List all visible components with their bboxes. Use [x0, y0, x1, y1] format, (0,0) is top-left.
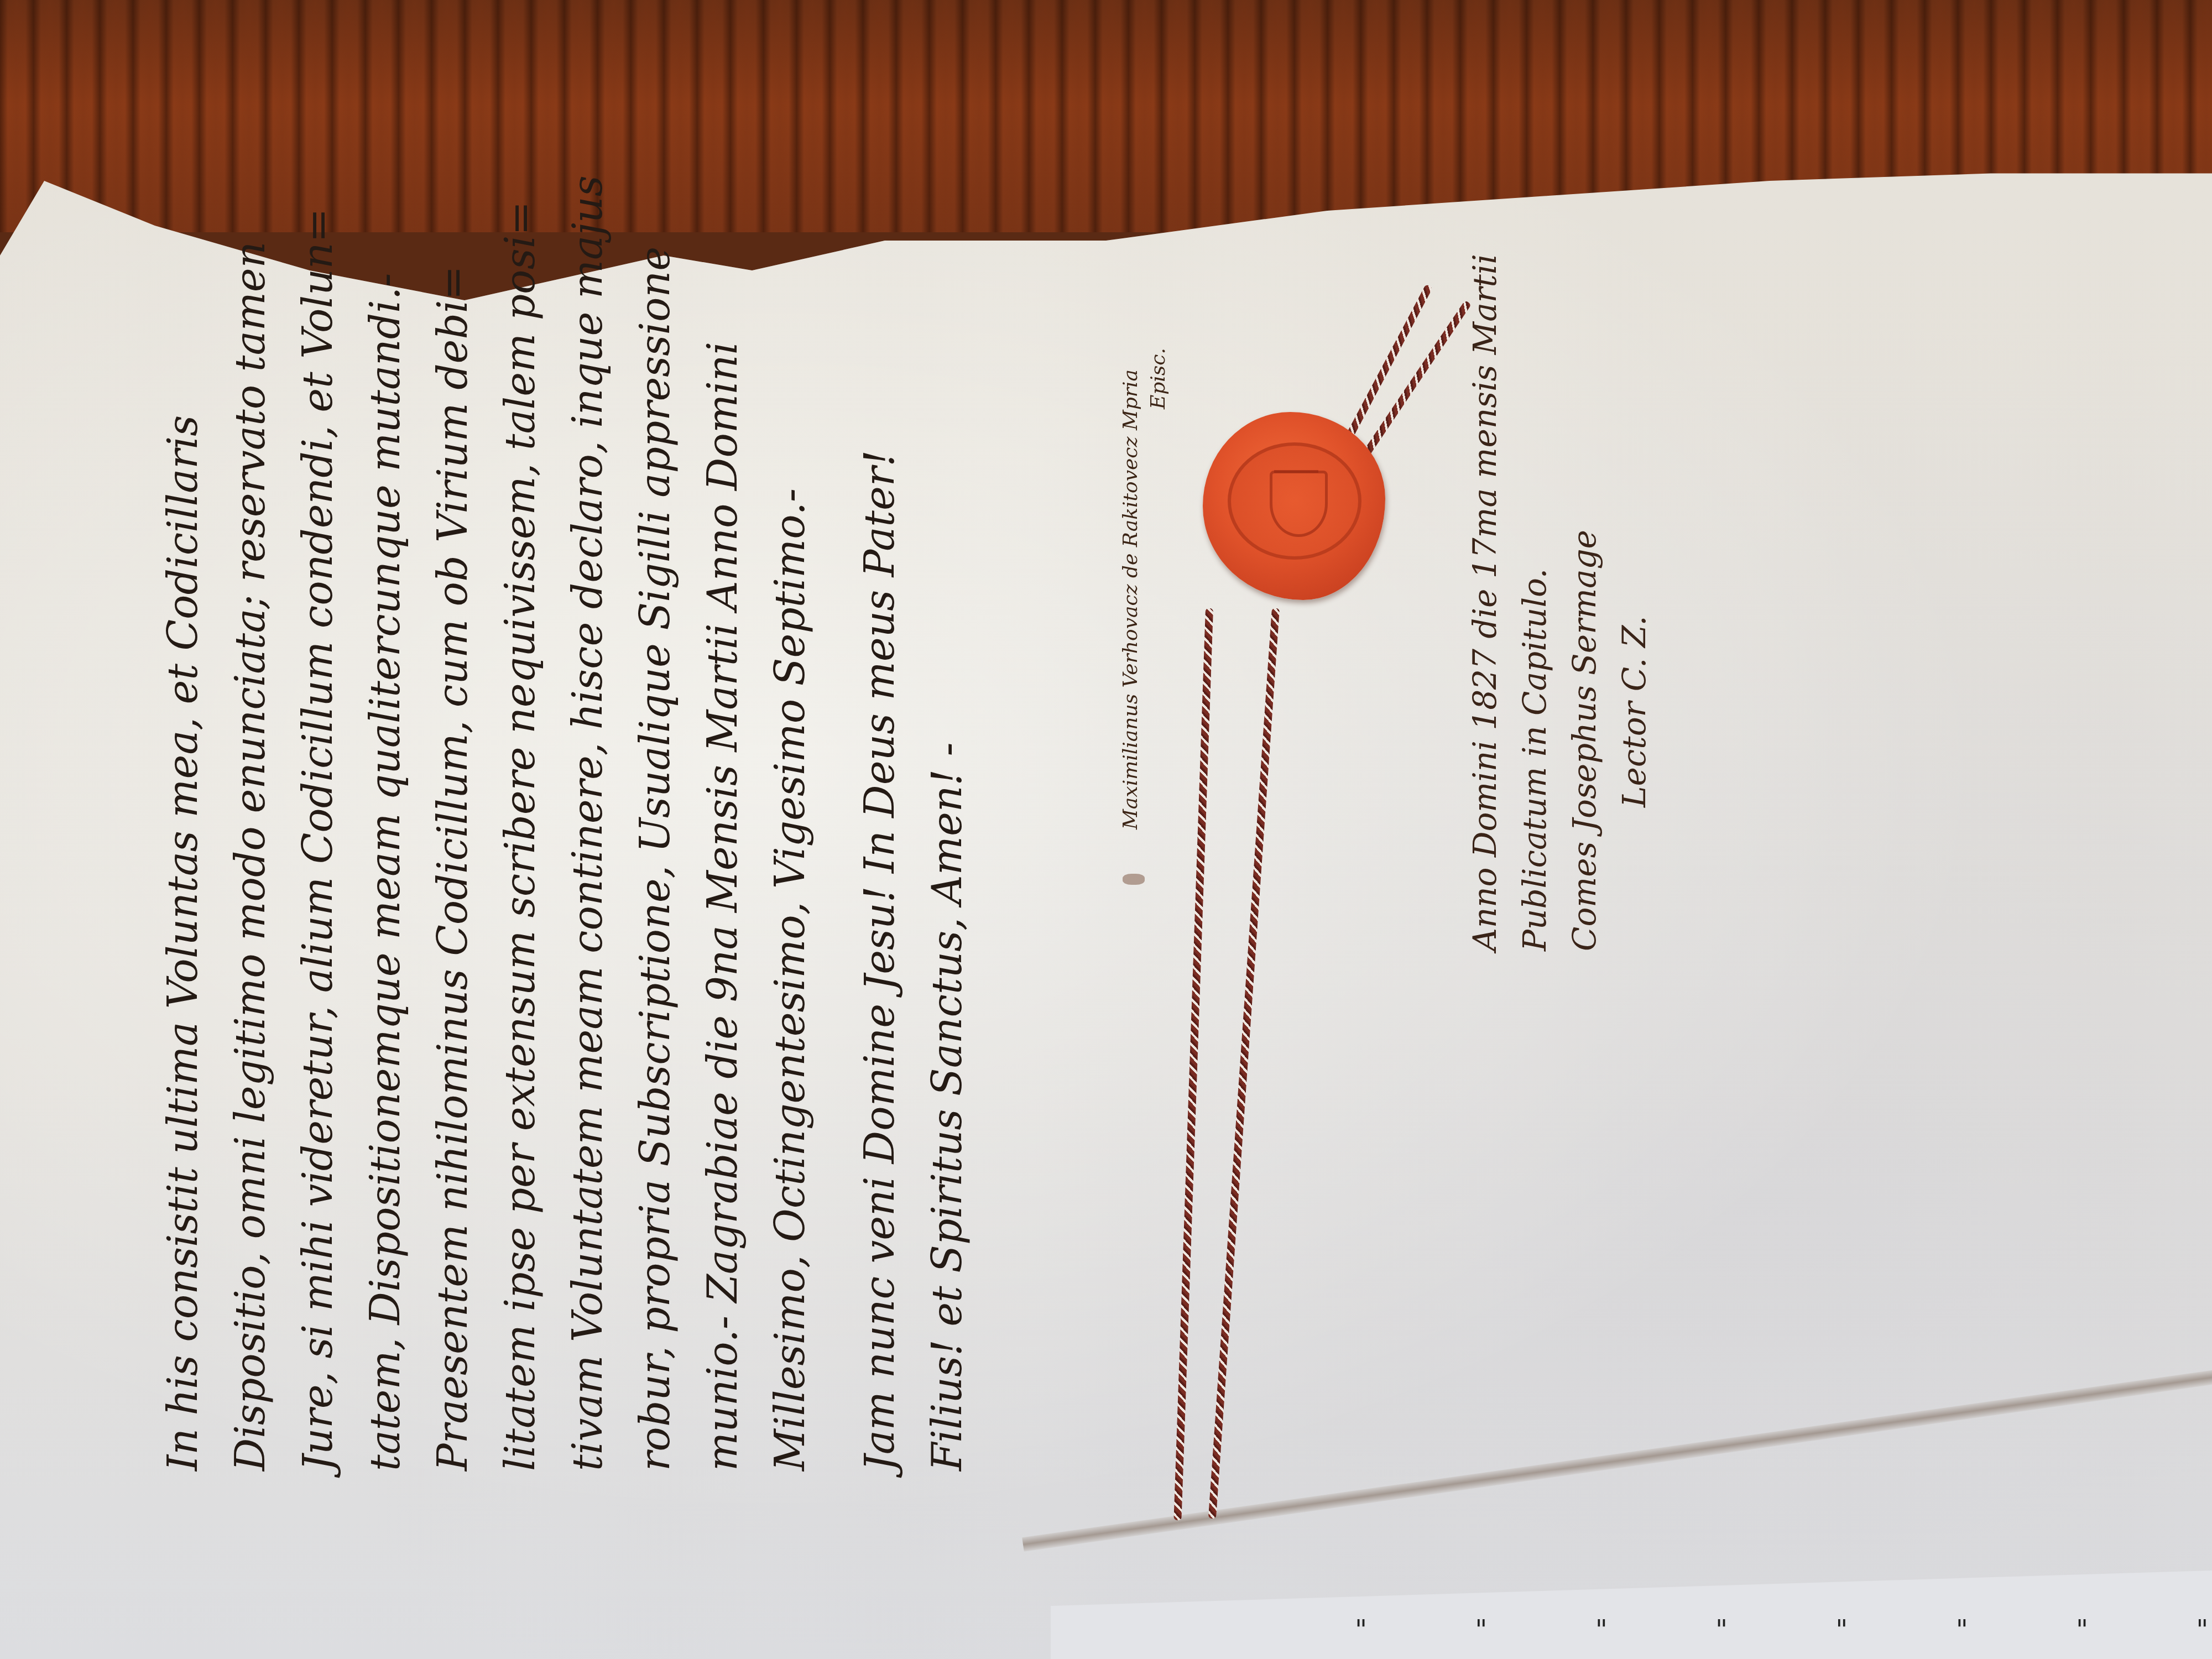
text-line: Praesentem nihilominus Codicillum, cum o… — [419, 144, 487, 1471]
text-line: munio.- Zagrabiae die 9na Mensis Martii … — [689, 144, 757, 1471]
publication-line: Lector C. Z. — [1609, 254, 1659, 951]
signature-title: Episc. — [1145, 348, 1172, 830]
text-line: litatem ipse per extensum scribere nequi… — [487, 144, 554, 1471]
text-line: Millesimo, Octingentesimo, Vigesimo Sept… — [757, 144, 824, 1471]
paragraph-gap — [824, 144, 846, 1471]
text-line: Jam nunc veni Domine Jesu! In Deus meus … — [846, 144, 914, 1471]
text-line: robur, propria Subscriptione, Usualique … — [622, 144, 689, 1471]
text-line: Jure, si mihi videretur, alium Codicillu… — [284, 144, 352, 1471]
signature-name: Maximilianus Verhovacz de Rakitovecz Mpr… — [1117, 348, 1145, 830]
text-line: tivam Voluntatem meam continere, hisce d… — [554, 144, 622, 1471]
publication-line: Comes Josephus Sermage — [1559, 254, 1609, 951]
publication-note: Anno Domini 1827 die 17ma mensis Martii … — [1460, 254, 1659, 951]
testator-signature: Maximilianus Verhovacz de Rakitovecz Mpr… — [1117, 348, 1172, 830]
publication-line: Publicatum in Capitulo. — [1510, 254, 1559, 951]
text-line: Filius! et Spiritus Sanctus, Amen! - — [914, 144, 981, 1471]
text-line: tatem, Dispositionemque meam qualitercun… — [352, 144, 419, 1471]
text-line: In his consistit ultima Voluntas mea, et… — [149, 144, 217, 1471]
ink-blot — [1123, 874, 1145, 885]
underlying-page-marks: " " " " " " " " — [1355, 1615, 2184, 1659]
seal-impression — [1228, 442, 1361, 560]
coat-of-arms-icon — [1270, 471, 1328, 537]
codicil-main-text: In his consistit ultima Voluntas mea, et… — [149, 144, 981, 1471]
publication-line: Anno Domini 1827 die 17ma mensis Martii — [1460, 254, 1510, 951]
text-line: Dispositio, omni legitimo modo enunciata… — [217, 144, 284, 1471]
